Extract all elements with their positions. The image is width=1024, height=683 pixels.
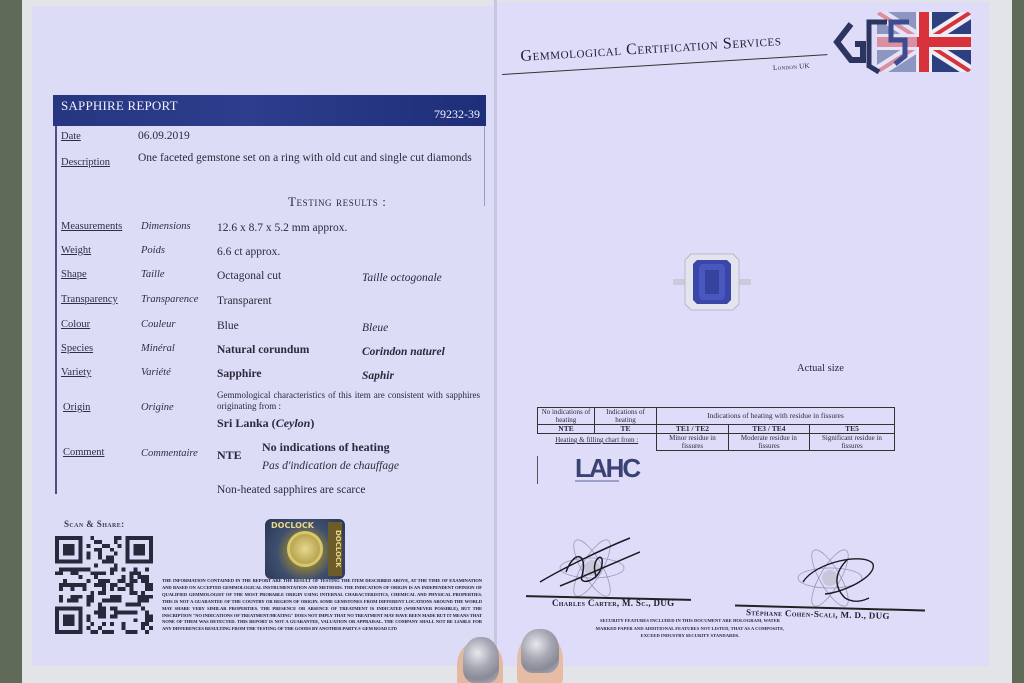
row-value: 12.6 x 8.7 x 5.2 mm approx. [217,222,347,234]
desc-te1-te2: Minor residue in fissures [657,434,729,451]
heating-chart-table: No indications of heating Indications of… [537,407,895,451]
origin-label-fr: Origine [141,402,174,413]
comment-code: NTE [217,448,242,463]
ring-photo [673,252,751,312]
comment-label-fr: Commentaire [141,448,198,459]
nail-left [463,637,499,683]
code-nte: NTE [538,425,595,434]
header-residue: Indications of heating with residue in f… [657,408,895,425]
row-label-fr: Transparence [141,294,198,305]
code-te1-te2: TE1 / TE2 [657,425,729,434]
row-label-fr: Minéral [141,343,175,354]
row-label: Transparency [61,294,118,305]
comment-text-fr: Pas d'indication de chauffage [262,460,399,472]
scan-share-label: Scan & Share: [64,519,125,529]
row-value: Octagonal cut [217,270,281,282]
date-label: Date [61,131,81,142]
description-value: One faceted gemstone set on a ring with … [138,151,480,165]
row-label-fr: Taille [141,269,165,280]
header-te: Indications of heating [595,408,657,425]
qr-code-icon[interactable] [55,536,153,634]
signer-1-name: Charles Carter, M. Sc., DUG [552,598,674,608]
signature-2-icon [785,542,885,612]
page-fold [494,0,497,683]
row-label-fr: Couleur [141,319,175,330]
origin-note: Gemmological characteristics of this ite… [217,390,480,412]
gcs-flag-logo-icon [829,12,971,74]
row-label: Shape [61,269,87,280]
row-value: Blue [217,320,239,332]
heating-chart-source: Heating & filling chart from : [538,434,657,451]
header-nte: No indications of heating [538,408,595,425]
row-label: Colour [61,319,90,330]
legal-disclaimer: The information contained in the report … [162,578,482,633]
signature-1-icon [530,530,640,600]
comment-label: Comment [63,447,104,458]
hologram-side-text: DOCLOCK [328,522,342,576]
report-number: 79232-39 [434,107,480,122]
date-value: 06.09.2019 [138,130,190,142]
comment-text: No indications of heating [262,440,390,455]
image-caption: Actual size [797,363,844,374]
code-te5: TE5 [809,425,894,434]
row-label-fr: Poids [141,245,165,256]
report-title: SAPPHIRE REPORT [61,98,178,114]
origin-country: Sri Lanka (Ceylon) [217,416,314,431]
row-value: 6.6 ct approx. [217,246,280,258]
row-label: Variety [61,367,91,378]
right-border-rule [484,126,485,206]
seal-icon [287,531,323,567]
left-border-rule [55,126,57,494]
desc-te5: Significant residue in fissures [809,434,894,451]
description-label: Description [61,157,110,168]
row-value-fr: Taille octogonale [362,272,442,284]
row-label: Weight [61,245,91,256]
row-value-fr: Bleue [362,322,388,334]
row-label-fr: Variété [141,367,171,378]
hologram-text: DOCLOCK [271,521,314,530]
row-label: Measurements [61,221,122,232]
security-note: Security features included in this docum… [595,617,785,640]
lahc-logo-subtitle [575,480,619,482]
desc-te3-te4: Moderate residue in fissures [728,434,809,451]
row-value: Transparent [217,295,272,307]
testing-results-title: Testing results : [288,194,386,210]
row-value-fr: Corindon naturel [362,346,445,358]
row-value: Sapphire [217,368,262,380]
nail-right [521,629,559,673]
row-label-fr: Dimensions [141,221,191,232]
row-label: Species [61,343,93,354]
table-left-rule [537,456,538,484]
row-value-fr: Saphir [362,370,394,382]
comment-note: Non-heated sapphires are scarce [217,484,365,496]
row-value: Natural corundum [217,344,309,356]
report-header-bar: SAPPHIRE REPORT 79232-39 [53,95,486,126]
origin-label: Origin [63,402,90,413]
code-te3-te4: TE3 / TE4 [728,425,809,434]
hologram-seal: DOCLOCK DOCLOCK [265,519,345,579]
code-te: TE [595,425,657,434]
